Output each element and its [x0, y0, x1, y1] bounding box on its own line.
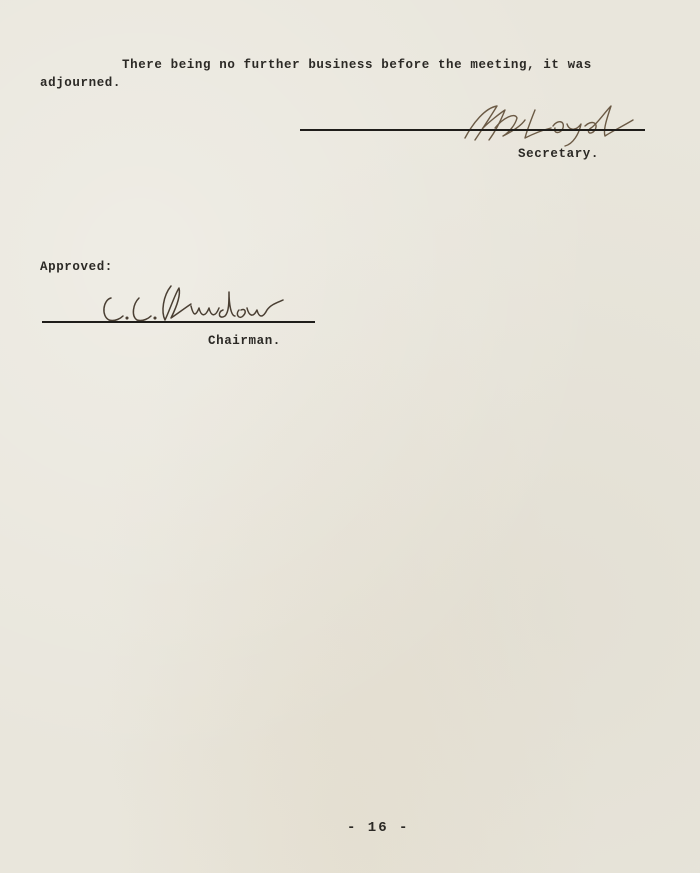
approved-label: Approved: [40, 260, 113, 274]
chairman-signature-line [42, 321, 315, 323]
closing-paragraph-line-1: There being no further business before t… [122, 58, 592, 72]
secretary-signature-line [300, 129, 645, 131]
secretary-signature [455, 98, 655, 148]
chairman-title: Chairman. [208, 334, 281, 348]
secretary-title: Secretary. [518, 147, 599, 161]
closing-paragraph-line-2: adjourned. [40, 76, 121, 90]
document-page: There being no further business before t… [0, 0, 700, 873]
page-number: - 16 - [347, 820, 409, 836]
